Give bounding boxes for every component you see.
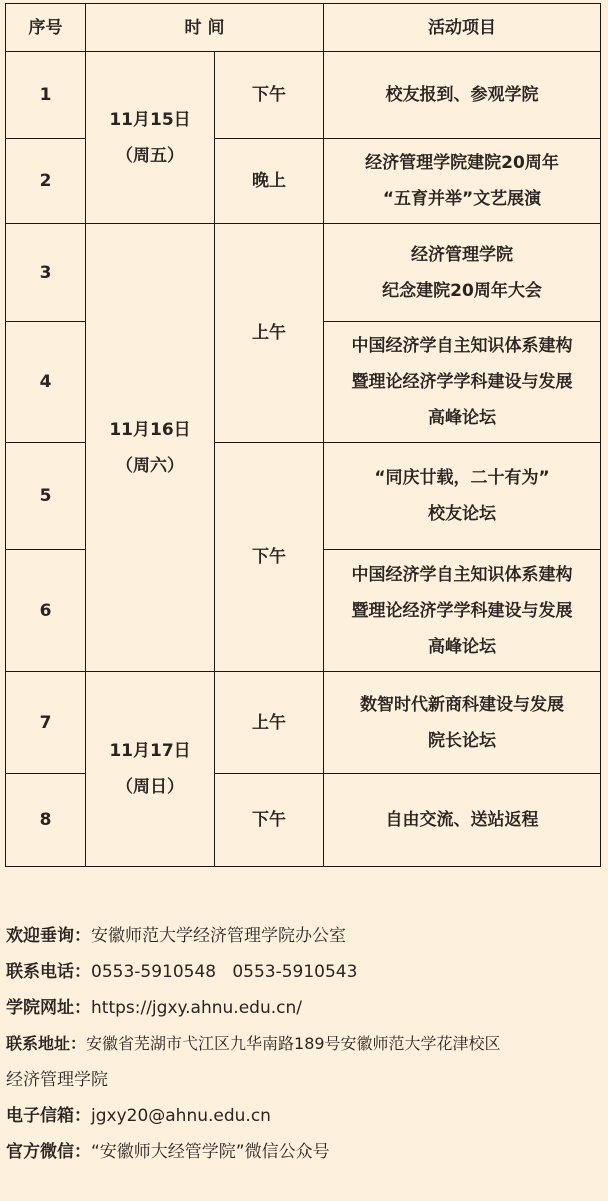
activity-line: “五育并举”文艺展演 — [383, 181, 541, 217]
inquiry-value: 安徽师范大学经济管理学院办公室 — [91, 926, 346, 946]
email-link[interactable]: jgxy20@ahnu.edu.cn — [91, 1106, 271, 1126]
email-label: 电子信箱： — [6, 1106, 91, 1126]
header-time-label: 时 间 — [185, 10, 225, 46]
activity-line: 经济管理学院 — [411, 237, 513, 273]
activity-line: 中国经济学自主知识体系建构 — [352, 557, 573, 593]
header-no-label: 序号 — [29, 10, 63, 46]
period-label: 上午 — [252, 315, 286, 351]
date-label: 11月16日 — [109, 412, 190, 448]
row-no-4: 4 — [5, 321, 86, 443]
address-label: 联系地址： — [6, 1034, 86, 1053]
activity-line: 暨理论经济学学科建设与发展 — [352, 364, 573, 400]
activity-line: 自由交流、送站返程 — [386, 802, 539, 838]
inquiry-label: 欢迎垂询： — [6, 926, 91, 946]
activity-line: 高峰论坛 — [428, 629, 496, 665]
row-no-label: 2 — [40, 163, 52, 199]
wechat-value: “安徽师大经管学院”微信公众号 — [91, 1142, 330, 1162]
date-label: 11月15日 — [109, 102, 190, 138]
period-label: 下午 — [252, 77, 286, 113]
activity-cell-5: “同庆廿载，二十有为” 校友论坛 — [323, 442, 601, 550]
period-cell-2: 晚上 — [214, 138, 324, 224]
address-value-cont: 经济管理学院 — [6, 1070, 108, 1090]
period-cell-4: 下午 — [214, 442, 324, 672]
header-activity-label: 活动项目 — [428, 10, 496, 46]
period-label: 晚上 — [252, 163, 286, 199]
period-label: 上午 — [252, 705, 286, 741]
date-cell-2: 11月16日 （周六） — [85, 223, 215, 672]
activity-line: 纪念建院20周年大会 — [382, 273, 542, 309]
activity-cell-8: 自由交流、送站返程 — [323, 773, 601, 867]
contact-wechat: 官方微信：“安徽师大经管学院”微信公众号 — [6, 1134, 606, 1170]
row-no-label: 8 — [40, 802, 52, 838]
phone-label: 联系电话： — [6, 962, 91, 982]
activity-line: 经济管理学院建院20周年 — [365, 145, 559, 181]
website-link[interactable]: https://jgxy.ahnu.edu.cn/ — [91, 998, 302, 1018]
header-activity: 活动项目 — [323, 3, 601, 52]
activity-cell-6: 中国经济学自主知识体系建构 暨理论经济学学科建设与发展 高峰论坛 — [323, 549, 601, 672]
period-cell-6: 下午 — [214, 773, 324, 867]
row-no-label: 5 — [40, 478, 52, 514]
row-no-label: 4 — [40, 364, 52, 400]
header-no: 序号 — [5, 3, 86, 52]
contact-phone: 联系电话：0553-5910548 0553-5910543 — [6, 954, 606, 990]
date-label: 11月17日 — [109, 733, 190, 769]
weekday-label: （周五） — [116, 138, 184, 174]
row-no-5: 5 — [5, 442, 86, 550]
row-no-7: 7 — [5, 671, 86, 774]
row-no-label: 3 — [40, 255, 52, 291]
activity-line: 校友报到、参观学院 — [386, 77, 539, 113]
phone-value: 0553-5910548 0553-5910543 — [91, 962, 357, 982]
weekday-label: （周六） — [116, 448, 184, 484]
row-no-label: 6 — [40, 593, 52, 629]
wechat-label: 官方微信： — [6, 1142, 91, 1162]
activity-line: 校友论坛 — [428, 496, 496, 532]
activity-cell-7: 数智时代新商科建设与发展 院长论坛 — [323, 671, 601, 774]
weekday-label: （周日） — [116, 769, 184, 805]
row-no-1: 1 — [5, 51, 86, 139]
activity-line: 暨理论经济学学科建设与发展 — [352, 593, 573, 629]
contact-inquiry: 欢迎垂询：安徽师范大学经济管理学院办公室 — [6, 918, 606, 954]
activity-line: 高峰论坛 — [428, 400, 496, 436]
date-cell-3: 11月17日 （周日） — [85, 671, 215, 867]
period-cell-5: 上午 — [214, 671, 324, 774]
row-no-3: 3 — [5, 223, 86, 322]
activity-line: 中国经济学自主知识体系建构 — [352, 328, 573, 364]
address-value: 安徽省芜湖市弋江区九华南路189号安徽师范大学花津校区 — [86, 1034, 501, 1053]
activity-line: 数智时代新商科建设与发展 — [360, 687, 564, 723]
period-cell-1: 下午 — [214, 51, 324, 139]
contact-website: 学院网址：https://jgxy.ahnu.edu.cn/ — [6, 990, 606, 1026]
period-label: 下午 — [252, 802, 286, 838]
contact-address-cont: 经济管理学院 — [6, 1062, 606, 1098]
activity-cell-2: 经济管理学院建院20周年 “五育并举”文艺展演 — [323, 138, 601, 224]
row-no-2: 2 — [5, 138, 86, 224]
activity-line: 院长论坛 — [428, 723, 496, 759]
row-no-8: 8 — [5, 773, 86, 867]
website-label: 学院网址： — [6, 998, 91, 1018]
date-cell-1: 11月15日 （周五） — [85, 51, 215, 224]
row-no-label: 7 — [40, 705, 52, 741]
contact-email: 电子信箱：jgxy20@ahnu.edu.cn — [6, 1098, 606, 1134]
contact-address: 联系地址：安徽省芜湖市弋江区九华南路189号安徽师范大学花津校区 — [6, 1026, 606, 1062]
schedule-table: 序号 时 间 活动项目 1 2 3 4 5 6 7 8 11月15日 （周五） … — [5, 3, 601, 867]
activity-line: “同庆廿载，二十有为” — [374, 460, 549, 496]
row-no-label: 1 — [40, 77, 52, 113]
activity-cell-4: 中国经济学自主知识体系建构 暨理论经济学学科建设与发展 高峰论坛 — [323, 321, 601, 443]
activity-cell-1: 校友报到、参观学院 — [323, 51, 601, 139]
period-label: 下午 — [252, 539, 286, 575]
contact-info: 欢迎垂询：安徽师范大学经济管理学院办公室 联系电话：0553-5910548 0… — [6, 918, 606, 1170]
row-no-6: 6 — [5, 549, 86, 672]
activity-cell-3: 经济管理学院 纪念建院20周年大会 — [323, 223, 601, 322]
header-time: 时 间 — [85, 3, 324, 52]
period-cell-3: 上午 — [214, 223, 324, 443]
